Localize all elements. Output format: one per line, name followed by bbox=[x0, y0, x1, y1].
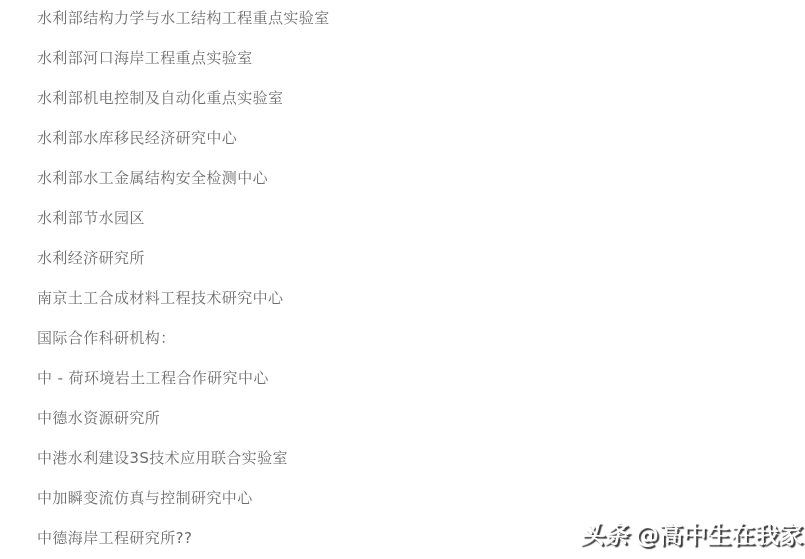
list-item: 水利部节水园区 bbox=[37, 211, 805, 226]
list-item: 中德水资源研究所 bbox=[37, 411, 805, 426]
watermark-handle: @高中生在我家 bbox=[635, 521, 803, 549]
toutiao-logo-text: 头条 bbox=[580, 521, 628, 549]
list-section-heading: 国际合作科研机构： bbox=[37, 331, 805, 346]
list-item: 水利部结构力学与水工结构工程重点实验室 bbox=[37, 11, 805, 26]
toutiao-watermark: 头条@高中生在我家 bbox=[580, 515, 803, 550]
list-item: 中港水利建设3S技术应用联合实验室 bbox=[37, 451, 805, 466]
list-item: 水利部水工金属结构安全检测中心 bbox=[37, 171, 805, 186]
list-item: 水利部水库移民经济研究中心 bbox=[37, 131, 805, 146]
article-page: 水利部结构力学与水工结构工程重点实验室 水利部河口海岸工程重点实验室 水利部机电… bbox=[0, 0, 805, 559]
org-list: 水利部结构力学与水工结构工程重点实验室 水利部河口海岸工程重点实验室 水利部机电… bbox=[0, 0, 805, 546]
list-item: 水利部机电控制及自动化重点实验室 bbox=[37, 91, 805, 106]
list-item: 水利部河口海岸工程重点实验室 bbox=[37, 51, 805, 66]
list-item: 中 - 荷环境岩土工程合作研究中心 bbox=[37, 371, 805, 386]
list-item: 水利经济研究所 bbox=[37, 251, 805, 266]
list-item: 中加瞬变流仿真与控制研究中心 bbox=[37, 491, 805, 506]
list-item: 南京土工合成材料工程技术研究中心 bbox=[37, 291, 805, 306]
